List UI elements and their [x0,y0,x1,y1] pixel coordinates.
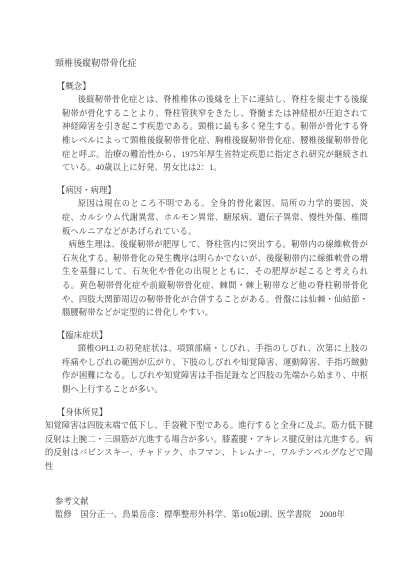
section-heading-etiology-pathology: 【病因・病理】 [57,184,410,198]
document-page: 頸椎後縦靭帯骨化症 【概念】 後縦靭帯骨化症とは、脊椎椎体の後縁を上下に連結し、… [0,0,410,580]
references-heading: 参考文献 [55,495,410,509]
references-block: 参考文献 監修 国分正一、鳥巣岳彦：標準整形外科学、第10版2刷、医学書院 20… [55,495,410,522]
section-heading-physical-findings: 【身体所見】 [57,406,410,420]
section-paragraph: 頸椎OPLLの初発症状は、項頸部痛・しびれ、手指のしびれ、次第に上肢の疼痛やしび… [62,342,368,396]
section-heading-concept: 【概念】 [57,80,410,94]
section-paragraph: 知覚障害は四肢末端で低下し、手袋靴下型である。進行すると全身に及ぶ。筋力低下腱反… [45,419,373,473]
section-heading-clinical-symptoms: 【臨床症状】 [57,329,410,343]
reference-entry: 監修 国分正一、鳥巣岳彦：標準整形外科学、第10版2刷、医学書院 2008年 [55,508,410,522]
document-title: 頸椎後縦靭帯骨化症 [55,57,410,71]
section-paragraph: 後縦靭帯骨化症とは、脊椎椎体の後縁を上下に連結し、脊柱を縦走する後縦靭帯が骨化す… [62,93,368,175]
section-paragraph: 病態生理は、後縦靭帯が肥厚して、脊柱管内に突出する。靭帯内の線維軟骨が石灰化する… [62,238,368,320]
section-paragraph: 原因は現在のところ不明である。全身的骨化素因、局所の力学的要因、炎症、カルシウム… [62,197,368,238]
